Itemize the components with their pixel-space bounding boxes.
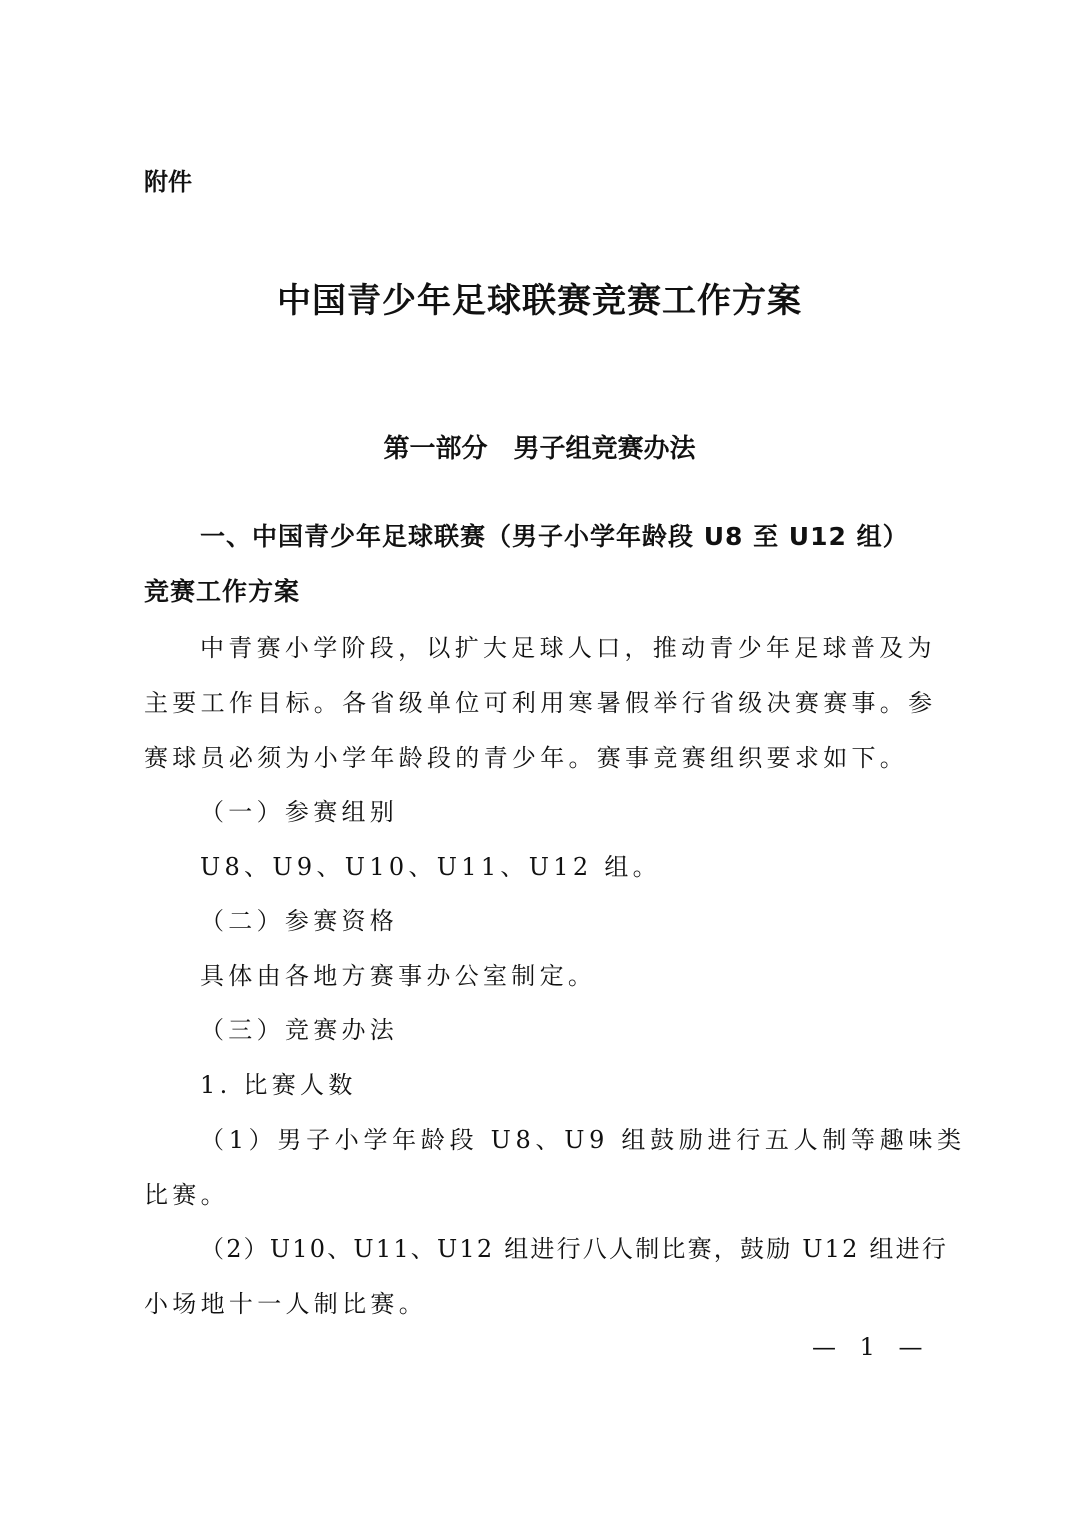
intro-paragraph-line1: 中青赛小学阶段，以扩大足球人口，推动青少年足球普及为	[200, 628, 936, 663]
subsection-body-rules: 1. 比赛人数	[200, 1065, 357, 1100]
subsection-heading-rules: （三）竞赛办法	[200, 1010, 398, 1045]
subsection-heading-eligibility: （二）参赛资格	[200, 901, 398, 936]
page-number: — 1 —	[812, 1333, 931, 1361]
item-2-line1: （2）U10、U11、U12 组进行八人制比赛，鼓励 U12 组进行	[200, 1229, 948, 1264]
item-1-line1: （1）男子小学年龄段 U8、U9 组鼓励进行五人制等趣味类	[200, 1120, 966, 1155]
item-1-line2: 比赛。	[144, 1175, 229, 1210]
intro-paragraph-line3: 赛球员必须为小学年龄段的青少年。赛事竞赛组织要求如下。	[144, 738, 908, 773]
subsection-heading-groups: （一）参赛组别	[200, 792, 398, 827]
section-heading-line2: 竞赛工作方案	[144, 572, 300, 608]
document-page: 附件 中国青少年足球联赛竞赛工作方案 第一部分 男子组竞赛办法 一、中国青少年足…	[0, 0, 1079, 1527]
subsection-body-groups: U8、U9、U10、U11、U12 组。	[200, 847, 661, 882]
section-heading-line1: 一、中国青少年足球联赛（男子小学年龄段 U8 至 U12 组）	[200, 517, 909, 553]
subsection-body-eligibility: 具体由各地方赛事办公室制定。	[200, 956, 596, 991]
intro-paragraph-line2: 主要工作目标。各省级单位可利用寒暑假举行省级决赛赛事。参	[144, 683, 936, 718]
item-2-line2: 小场地十一人制比赛。	[144, 1284, 427, 1319]
document-title: 中国青少年足球联赛竞赛工作方案	[0, 273, 1079, 322]
part-heading: 第一部分 男子组竞赛办法	[0, 428, 1079, 465]
attachment-label: 附件	[144, 162, 192, 197]
